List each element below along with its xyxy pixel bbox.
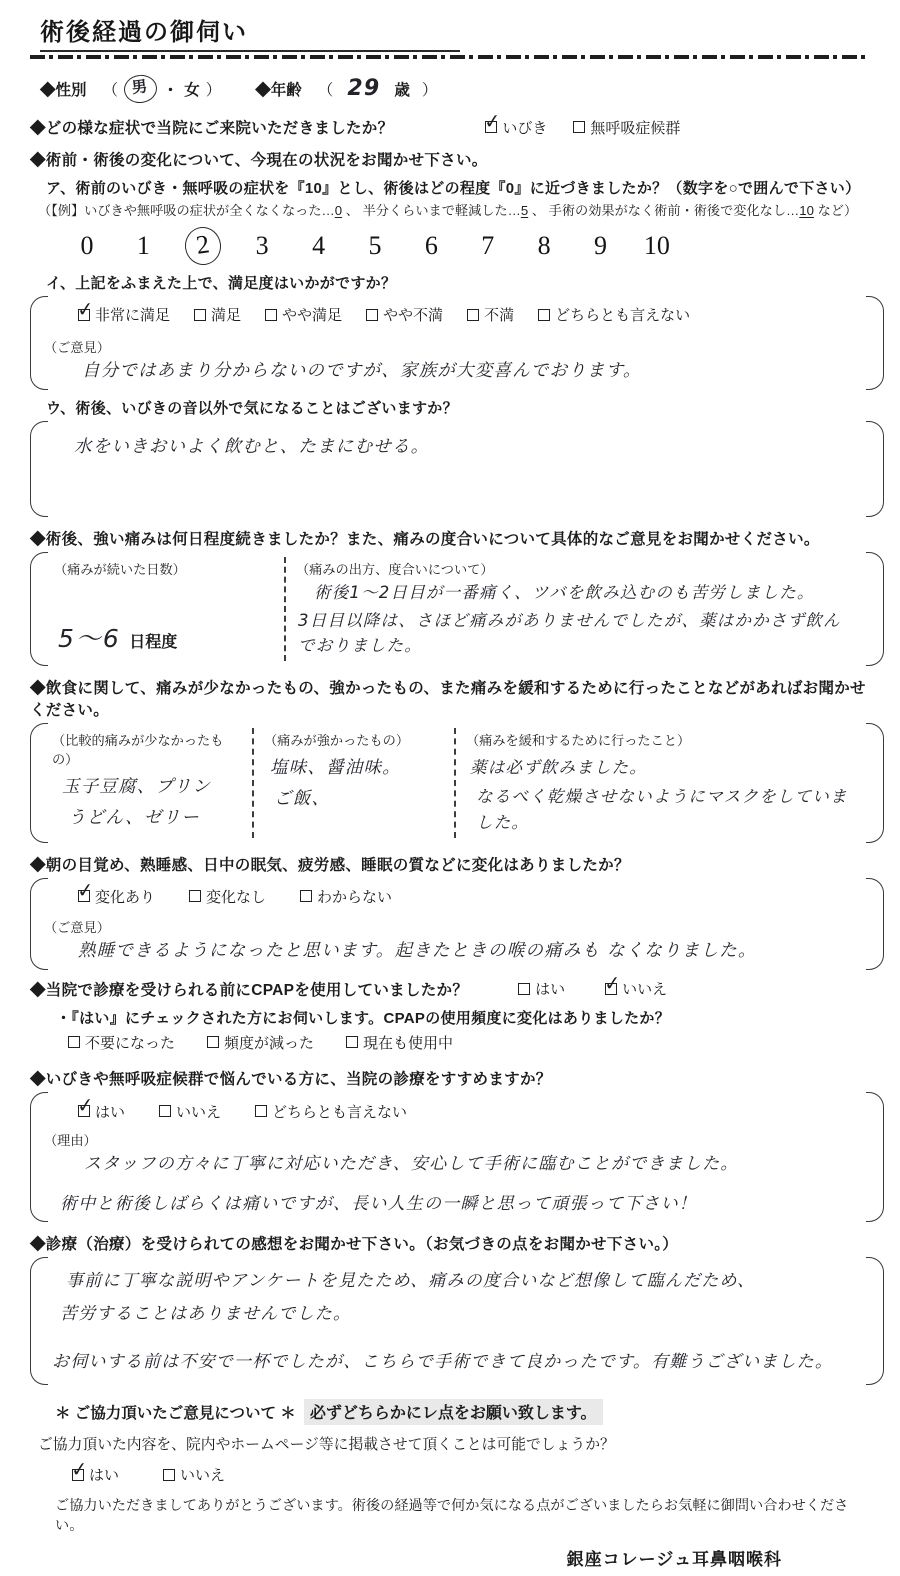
scale-number-10: 10 — [642, 231, 672, 261]
checkbox-apnea[interactable]: 無呼吸症候群 — [573, 117, 680, 138]
recommend-box: はい いいえ どちらとも言えない （理由） スタッフの方々に丁寧に対応いただき、… — [30, 1092, 884, 1223]
impression-box: 事前に丁寧な説明やアンケートを見たため、痛みの度合いなど想像して臨んだため、 苦… — [30, 1257, 884, 1385]
checkbox-icon — [346, 1036, 358, 1048]
checkbox-cpap-still-using[interactable]: 現在も使用中 — [346, 1032, 453, 1053]
age-value: 29 — [347, 72, 380, 106]
checkbox-icon — [485, 121, 497, 133]
checkbox-very-satisfied[interactable]: 非常に満足 — [78, 304, 170, 325]
clinic-name: 銀座コレージュ耳鼻咽喉科 — [0, 1545, 900, 1570]
checkbox-label: いいえ — [622, 978, 667, 999]
opinion-label: （ご意見） — [44, 917, 854, 936]
eating-mild-label: （比較的痛みが少なかったもの） — [52, 730, 242, 768]
checkbox-somewhat-satisfied[interactable]: やや満足 — [265, 304, 342, 325]
satisfaction-question: イ、上記をふまえた上で、満足度はいかがですか？ — [46, 272, 870, 293]
checkbox-label: はい — [535, 978, 565, 999]
symptom-row: ◆どの様な症状で当院にご来院いただきましたか？ いびき 無呼吸症候群 — [30, 116, 870, 138]
cpap-followup: ・『はい』にチェックされた方にお伺いします。CPAPの使用頻度に変化はありました… — [56, 1007, 870, 1028]
checkbox-label: 非常に満足 — [95, 304, 170, 325]
pain-degree-line-1: 術後1～2日目が一番痛く、ツバを飲み込むのも苦労しました。 — [314, 580, 854, 606]
checkbox-icon — [68, 1036, 80, 1048]
example-text: 、 手術の効果がなく術前・術後で変化なし… — [528, 203, 799, 218]
scale-number-0: 0 — [72, 231, 102, 261]
symptom-question: ◆どの様な症状で当院にご来院いただきましたか？ — [30, 116, 393, 138]
consent-note-prefix: ＊ ご協力頂いたご意見について ＊ — [55, 1401, 296, 1423]
satisfaction-box: 非常に満足 満足 やや満足 やや不満 不満 どちらとも言えない （ご意見） 自分… — [30, 296, 884, 390]
checkbox-label: 無呼吸症候群 — [590, 117, 680, 138]
checkbox-icon — [72, 1469, 84, 1481]
example-underline-0: 0 — [335, 203, 342, 218]
pain-scale: 0 1 2 3 4 5 6 7 8 9 10 — [72, 227, 672, 265]
thanks-note: ご協力いただきましてありがとうございます。術後の経過等で何か気になる点がございま… — [55, 1495, 870, 1535]
publish-question: ご協力頂いた内容を、院内やホームページ等に掲載させて頂くことは可能でしょうか？ — [38, 1433, 870, 1454]
scale-number-3: 3 — [247, 231, 277, 261]
pain-degree-line-2: 3日目以降は、さほど痛みがありませんでしたが、薬はかかさず飲んでおりました。 — [298, 608, 854, 659]
checkbox-icon — [573, 121, 585, 133]
checkbox-recommend-yes[interactable]: はい — [78, 1101, 125, 1122]
pain-days-value-handwriting: 5～6 — [58, 624, 121, 653]
checkbox-label: 変化あり — [95, 886, 155, 907]
paren: ） — [422, 78, 438, 100]
opinion-label: （ご意見） — [44, 337, 854, 356]
other-concern-box: 水をいきおいよく飲むと、たまにむせる。 — [30, 421, 884, 517]
sleep-heading: ◆朝の目覚め、熟睡感、日中の眠気、疲労感、睡眠の質などに変化はありましたか？ — [30, 853, 870, 875]
questionnaire-page: 術後経過の御伺い ◆性別 （ 男 ・ 女 ） ◆年齢 （ 29 歳 ） ◆どの様… — [0, 0, 900, 1576]
checkbox-label: 不満 — [484, 304, 514, 325]
checkbox-icon — [78, 309, 90, 321]
checkbox-change-unknown[interactable]: わからない — [300, 886, 392, 907]
eating-box: （比較的痛みが少なかったもの） 玉子豆腐、プリン うどん、ゼリー （痛みが強かっ… — [30, 723, 884, 843]
checkbox-neither[interactable]: どちらとも言えない — [538, 304, 690, 325]
gender-male-circled[interactable]: 男 — [122, 73, 158, 105]
eating-painful-line-2: ご飯、 — [274, 786, 444, 813]
impression-line-3: お伺いする前は不安で一杯でしたが、こちらで手術できて良かったです。有難うございま… — [52, 1349, 854, 1375]
checkbox-icon — [366, 309, 378, 321]
age-unit: 歳 — [394, 78, 410, 100]
checkbox-icon — [207, 1036, 219, 1048]
sleep-box: 変化あり 変化なし わからない （ご意見） 熟睡できるようになったと思います。起… — [30, 878, 884, 970]
checkbox-label: 頻度が減った — [224, 1032, 314, 1053]
eating-relief-line-2: なるべく乾燥させないようにマスクをしていました。 — [476, 784, 854, 835]
eating-mild-line-1: 玉子豆腐、プリン — [62, 774, 242, 801]
checkbox-publish-yes[interactable]: はい — [72, 1464, 119, 1485]
gender-separator: ・ — [163, 78, 179, 100]
checkbox-dissatisfied[interactable]: 不満 — [467, 304, 514, 325]
pain-heading: ◆術後、強い痛みは何日程度続きましたか？また、痛みの度合いについて具体的なご意見… — [30, 527, 870, 549]
pain-degree-label: （痛みの出方、度合いについて） — [296, 559, 854, 578]
paren: （ — [103, 78, 119, 100]
checkbox-cpap-yes[interactable]: はい — [518, 978, 565, 999]
checkbox-label: やや不満 — [383, 304, 443, 325]
checkbox-label: 満足 — [211, 304, 241, 325]
other-concern-question: ウ、術後、いびきの音以外で気になることはございますか？ — [46, 397, 870, 418]
checkbox-icon — [467, 309, 479, 321]
pain-degree-column: （痛みの出方、度合いについて） 術後1～2日目が一番痛く、ツバを飲み込むのも苦労… — [296, 557, 854, 661]
recommend-reason-line-1: スタッフの方々に丁寧に対応いただき、安心して手術に臨むことができました。 — [84, 1151, 854, 1177]
checkbox-recommend-no[interactable]: いいえ — [159, 1101, 221, 1122]
consent-note-bold: 必ずどちらかにレ点をお願い致します。 — [304, 1399, 603, 1425]
eating-heading: ◆飲食に関して、痛みが少なかったもの、強かったもの、また痛みを緩和するために行っ… — [30, 676, 870, 720]
checkbox-label: どちらとも言えない — [272, 1101, 407, 1122]
pain-days-column: （痛みが続いた日数） 5～6 日程度 — [44, 557, 274, 661]
checkbox-icon — [255, 1105, 267, 1117]
eating-relief-label: （痛みを緩和するために行ったこと） — [466, 730, 854, 749]
pain-box: （痛みが続いた日数） 5～6 日程度 （痛みの出方、度合いについて） 術後1～2… — [30, 552, 884, 666]
checkbox-cpap-less-frequent[interactable]: 頻度が減った — [207, 1032, 314, 1053]
checkbox-somewhat-dissatisfied[interactable]: やや不満 — [366, 304, 443, 325]
example-text: など） — [814, 203, 857, 218]
recommend-heading: ◆いびきや無呼吸症候群で悩んでいる方に、当院の診療をすすめますか？ — [30, 1067, 870, 1089]
checkbox-cpap-no[interactable]: いいえ — [605, 978, 667, 999]
scale-number-4: 4 — [304, 231, 334, 261]
checkbox-change-yes[interactable]: 変化あり — [78, 886, 155, 907]
page-title: 術後経過の御伺い — [40, 20, 248, 46]
column-divider — [252, 728, 254, 838]
column-divider — [284, 557, 286, 661]
example-underline-10: 10 — [799, 203, 814, 218]
checkbox-icon — [518, 983, 530, 995]
example-text: （【例】いびきや無呼吸の症状が全くなくなった… — [38, 203, 335, 218]
checkbox-label: はい — [89, 1464, 119, 1485]
change-heading: ◆術前・術後の変化について、今現在の状況をお聞かせ下さい。 — [30, 148, 870, 170]
profile-row: ◆性別 （ 男 ・ 女 ） ◆年齢 （ 29 歳 ） — [40, 72, 870, 106]
example-text: 、 半分くらいまで軽減した… — [342, 203, 521, 218]
checkbox-snoring[interactable]: いびき — [485, 117, 547, 138]
checkbox-icon — [605, 983, 617, 995]
checkbox-label: いびき — [502, 117, 547, 138]
checkbox-label: 現在も使用中 — [363, 1032, 453, 1053]
checkbox-change-no[interactable]: 変化なし — [189, 886, 266, 907]
satisfaction-opinion-handwriting: 自分ではあまり分からないのですが、家族が大変喜んでおります。 — [82, 358, 854, 385]
dash-dot-divider — [30, 55, 868, 59]
cpap-followup-options: 不要になった 頻度が減った 現在も使用中 — [68, 1032, 900, 1053]
cpap-row: ◆当院で診療を受けられる前にCPAPを使用していましたか？ はい いいえ — [30, 978, 870, 1000]
scale-number-5: 5 — [360, 231, 390, 261]
age-label: ◆年齢 — [255, 78, 302, 100]
checkbox-icon — [78, 1105, 90, 1117]
checkbox-icon — [163, 1469, 175, 1481]
cpap-question: ◆当院で診療を受けられる前にCPAPを使用していましたか？ — [30, 978, 468, 1000]
eating-mild-column: （比較的痛みが少なかったもの） 玉子豆腐、プリン うどん、ゼリー — [44, 728, 242, 838]
checkbox-icon — [78, 890, 90, 902]
checkbox-icon — [300, 890, 312, 902]
scale-number-2-circled: 2 — [182, 225, 223, 268]
reason-label: （理由） — [44, 1130, 854, 1149]
eating-mild-line-2: うどん、ゼリー — [68, 805, 242, 832]
eating-painful-line-1: 塩味、醤油味。 — [270, 755, 444, 782]
scale-number-7: 7 — [473, 231, 503, 261]
eating-relief-column: （痛みを緩和するために行ったこと） 薬は必ず飲みました。 なるべく乾燥させないよ… — [466, 728, 854, 838]
paren: ） — [206, 78, 222, 100]
checkbox-label: いいえ — [180, 1464, 225, 1485]
gender-female[interactable]: 女 — [184, 78, 200, 100]
checkbox-label: わからない — [317, 886, 392, 907]
recommend-reason-line-2: 術中と術後しばらくは痛いですが、長い人生の一瞬と思って頑張って下さい！ — [60, 1191, 854, 1217]
checkbox-cpap-unneeded[interactable]: 不要になった — [68, 1032, 175, 1053]
impression-heading: ◆診療（治療）を受けられての感想をお聞かせ下さい。（お気づきの点をお聞かせ下さい… — [30, 1232, 870, 1254]
impression-line-2: 苦労することはありませんでした。 — [60, 1301, 854, 1327]
other-concern-handwriting: 水をいきおいよく飲むと、たまにむせる。 — [74, 434, 854, 461]
eating-relief-line-1: 薬は必ず飲みました。 — [470, 755, 854, 781]
eating-painful-label: （痛みが強かったもの） — [264, 730, 444, 749]
checkbox-icon — [538, 309, 550, 321]
sleep-opinion-handwriting: 熟睡できるようになったと思います。起きたときの喉の痛みも なくなりました。 — [78, 938, 854, 965]
scale-number-8: 8 — [529, 231, 559, 261]
scale-question: ア、術前のいびき・無呼吸の症状を『10』とし、術後はどの程度『0』に近づきました… — [46, 177, 870, 198]
gender-label: ◆性別 — [40, 78, 87, 100]
eating-painful-column: （痛みが強かったもの） 塩味、醤油味。 ご飯、 — [264, 728, 444, 838]
checkbox-icon — [189, 890, 201, 902]
pain-days-label: （痛みが続いた日数） — [54, 559, 274, 578]
scale-number-6: 6 — [416, 231, 446, 261]
checkbox-label: いいえ — [176, 1101, 221, 1122]
consent-note-row: ＊ ご協力頂いたご意見について ＊ 必ずどちらかにレ点をお願い致します。 — [55, 1399, 870, 1425]
checkbox-label: やや満足 — [282, 304, 342, 325]
publish-options: はい いいえ — [72, 1464, 900, 1485]
checkbox-label: はい — [95, 1101, 125, 1122]
scale-example: （【例】いびきや無呼吸の症状が全くなくなった…0 、 半分くらいまで軽減した…5… — [38, 200, 870, 219]
checkbox-icon — [194, 309, 206, 321]
checkbox-publish-no[interactable]: いいえ — [163, 1464, 225, 1485]
checkbox-label: 変化なし — [206, 886, 266, 907]
checkbox-satisfied[interactable]: 満足 — [194, 304, 241, 325]
pain-days-unit: 日程度 — [129, 634, 177, 651]
scale-number-1: 1 — [128, 231, 158, 261]
checkbox-icon — [265, 309, 277, 321]
checkbox-recommend-neither[interactable]: どちらとも言えない — [255, 1101, 407, 1122]
checkbox-label: どちらとも言えない — [555, 304, 690, 325]
title-block: 術後経過の御伺い — [40, 12, 460, 52]
checkbox-label: 不要になった — [85, 1032, 175, 1053]
checkbox-icon — [159, 1105, 171, 1117]
column-divider — [454, 728, 456, 838]
impression-line-1: 事前に丁寧な説明やアンケートを見たため、痛みの度合いなど想像して臨んだため、 — [66, 1268, 854, 1294]
scale-number-9: 9 — [586, 231, 616, 261]
paren: （ — [318, 78, 334, 100]
